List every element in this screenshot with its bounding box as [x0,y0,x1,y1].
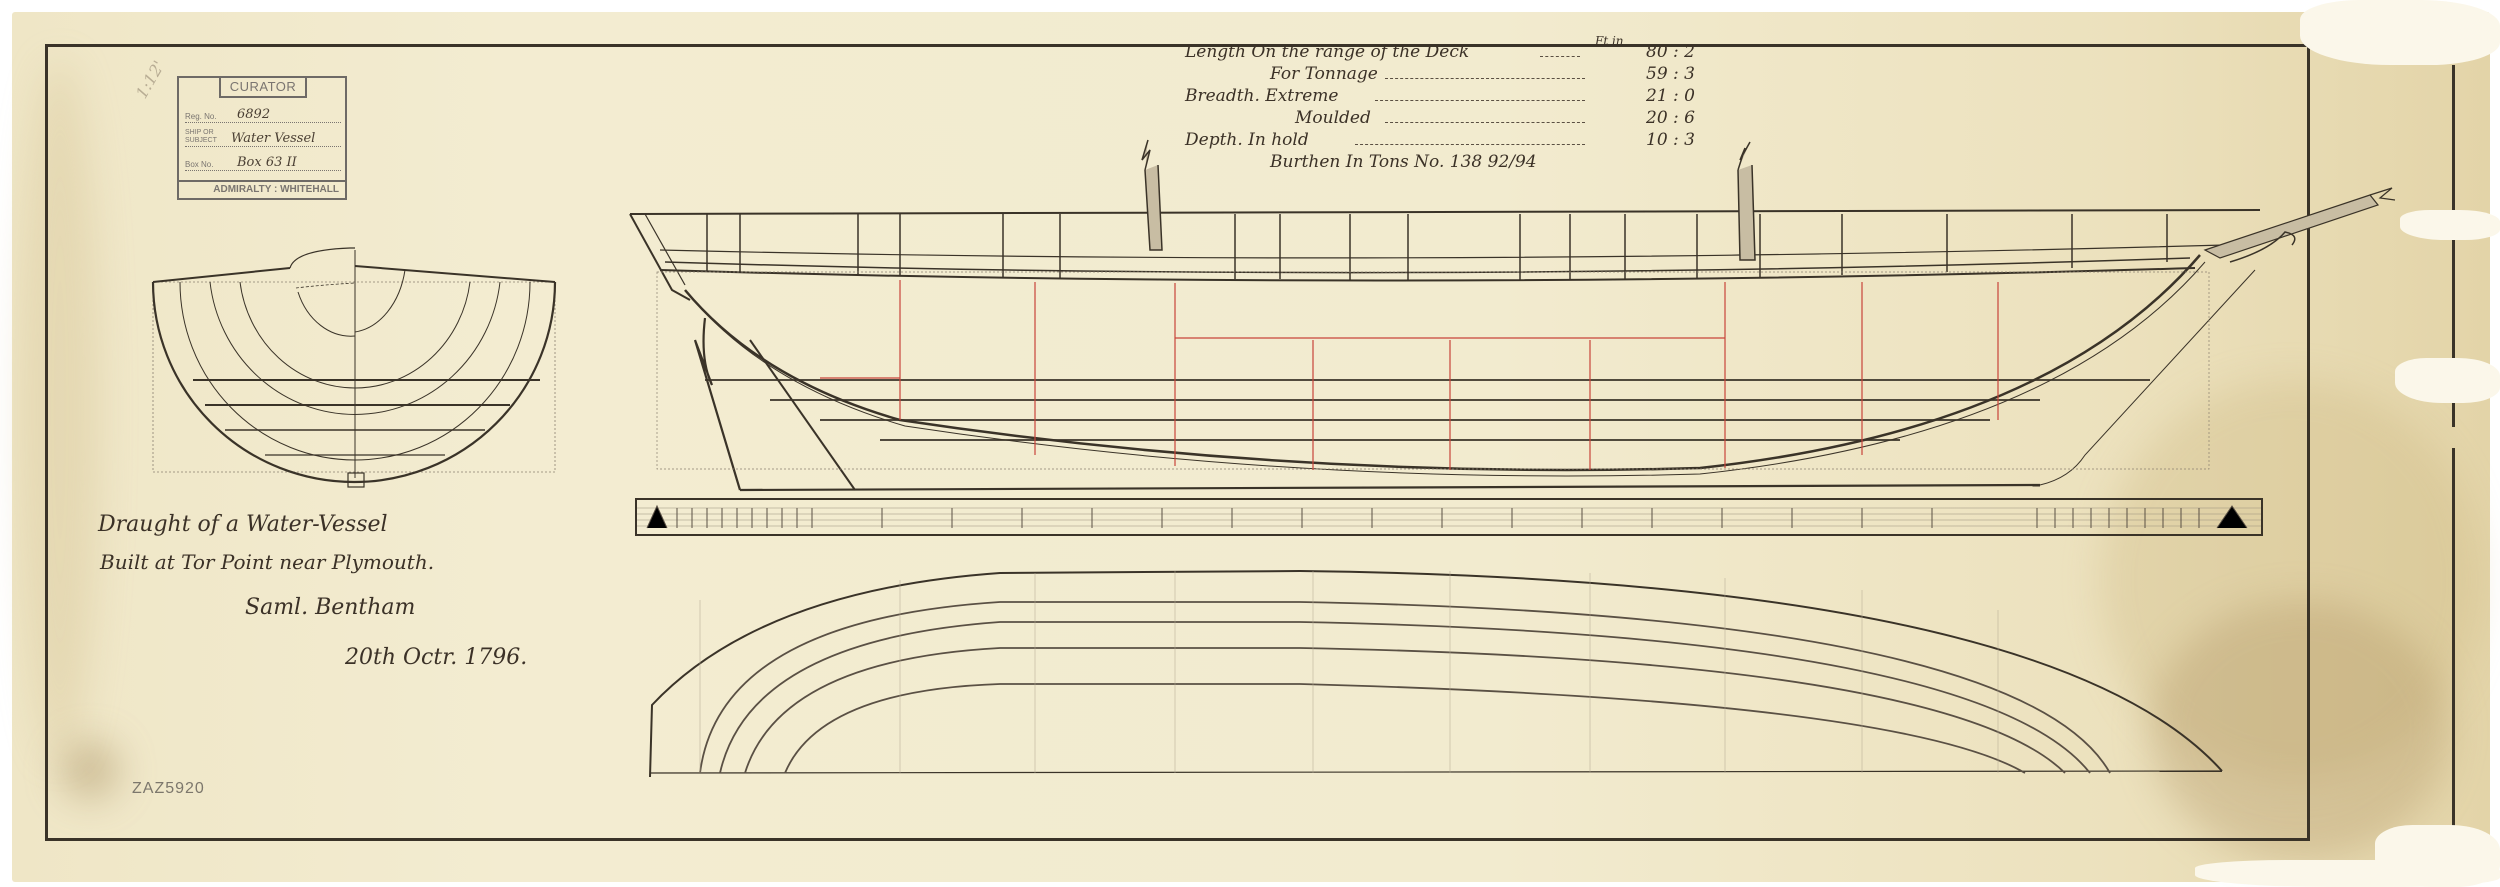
sheer-plan [630,140,2395,490]
stamp-title: CURATOR [219,76,307,98]
body-plan [153,248,555,487]
stamp-box-value: Box 63 II [237,155,297,170]
dimension-label: Length On the range of the Deck [1185,42,1469,62]
half-breadth-plan [650,571,2222,777]
dimension-row: For Tonnage 59 : 3 [1185,64,1695,86]
dimension-row: Depth. In hold 10 : 3 [1185,130,1695,152]
dimension-value: 59 : 3 [1646,64,1695,84]
leader-dashes [1540,56,1580,57]
dimension-value: 20 : 6 [1646,108,1695,128]
stamp-footer: ADMIRALTY : WHITEHALL [179,180,345,198]
dimension-row: Length On the range of the Deck 80 : 2 [1185,42,1695,64]
curator-stamp: CURATOR Reg. No. 6892 SHIP OR SUBJECT Wa… [177,76,347,200]
dimension-label: For Tonnage [1270,64,1378,84]
sheer-plan-red-lines [820,280,1998,470]
stamp-reg-row: Reg. No. 6892 [185,106,341,123]
stamp-box-label: Box No. [185,160,213,169]
leader-dashes [1355,144,1585,145]
stamp-reg-value: 6892 [237,107,270,122]
paper-tear [2400,210,2500,240]
signature: Saml. Bentham [245,595,415,620]
scale-ticks [637,500,2261,534]
dimensions-table: Length On the range of the Deck 80 : 2 F… [1185,42,1695,174]
burthen-row: Burthen In Tons No. 138 92/94 [1185,152,1695,174]
leader-dashes [1385,122,1585,123]
dimension-label: Breadth. Extreme [1185,86,1338,106]
title-line-2: Built at Tor Point near Plymouth. [100,550,434,574]
dimension-label: Depth. In hold [1185,130,1309,150]
stamp-subject-value: Water Vessel [231,131,315,146]
dimension-row: Moulded 20 : 6 [1185,108,1695,130]
dimension-label: Moulded [1295,108,1371,128]
date: 20th Octr. 1796. [345,645,527,670]
dimension-value: 10 : 3 [1646,130,1695,150]
stamp-subject-label: SHIP OR SUBJECT [185,129,229,145]
dimension-value: 21 : 0 [1646,86,1695,106]
paper-tear [2300,0,2500,65]
stamp-subject-row: SHIP OR SUBJECT Water Vessel [185,130,341,147]
leader-dashes [1385,78,1585,79]
stamp-reg-label: Reg. No. [185,112,217,121]
dimension-value: 80 : 2 [1646,42,1695,62]
burthen-text: Burthen In Tons No. 138 92/94 [1270,152,1537,172]
paper-tear [2195,860,2500,887]
scale-of-feet [635,498,2263,536]
paper-tear [2395,358,2500,403]
leader-dashes [1375,100,1585,101]
archive-number: ZAZ5920 [132,780,205,798]
title-line-1: Draught of a Water-Vessel [98,512,388,537]
stamp-box-row: Box No. Box 63 II [185,154,341,171]
dimension-row: Breadth. Extreme 21 : 0 [1185,86,1695,108]
